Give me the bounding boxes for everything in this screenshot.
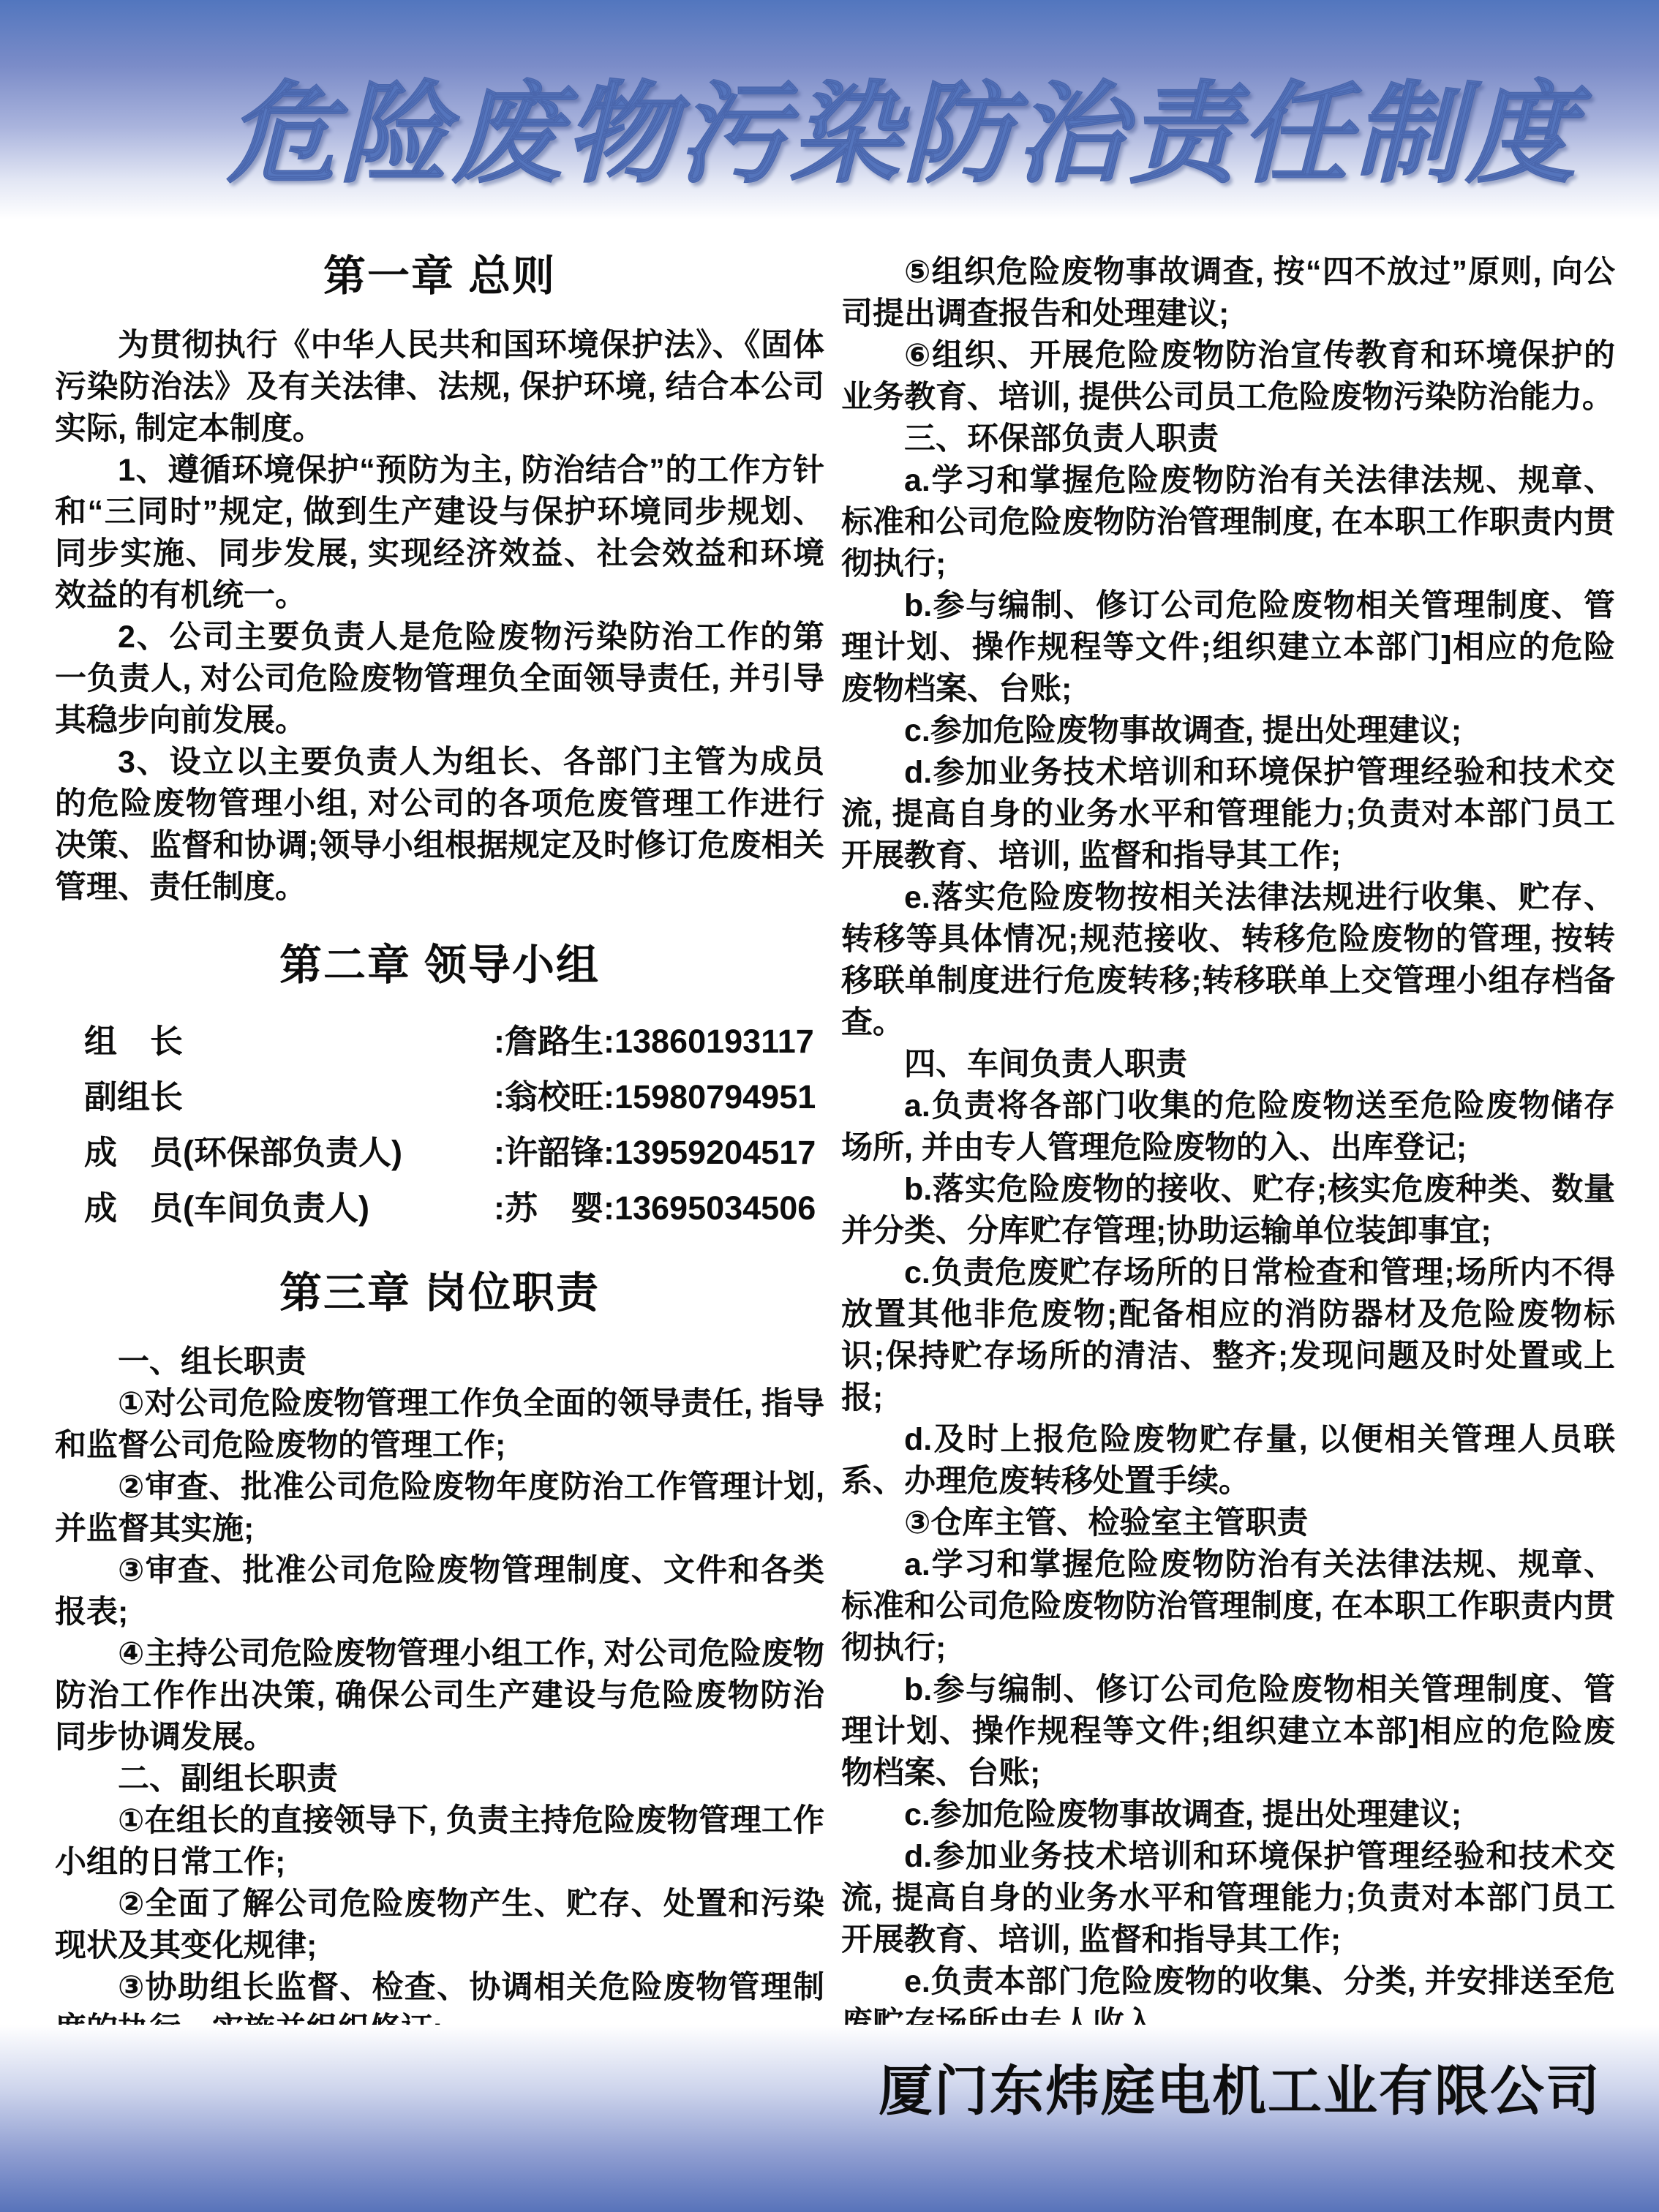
section-title-workshop-head: 四、车间负责人职责 <box>841 1044 1615 1086</box>
duty-item: ⑥组织、开展危险废物防治宣传教育和环境保护的业务教育、培训, 提供公司员工危险废… <box>841 335 1615 418</box>
duty-item: a.负责将各部门收集的危险废物送至危险废物储存场所, 并由专人管理危险废物的入、… <box>841 1086 1615 1169</box>
document-page: 危险废物污染防治责任制度 第一章 总则 为贯彻执行《中华人民共和国环境保护法》、… <box>0 0 1659 2212</box>
duty-item: d.参加业务技术培训和环境保护管理经验和技术交流, 提高自身的业务水平和管理能力… <box>841 752 1615 877</box>
duty-item: a.学习和掌握危险废物防治有关法律法规、规章、标准和公司危险废物防治管理制度, … <box>841 460 1615 585</box>
leader-role: 组 长 <box>84 1014 494 1069</box>
duty-item: ④主持公司危险废物管理小组工作, 对公司危险废物防治工作作出决策, 确保公司生产… <box>55 1633 824 1758</box>
chapter-3-heading: 第三章 岗位职责 <box>55 1258 824 1320</box>
leader-role: 副组长 <box>84 1069 494 1125</box>
leader-row: 成 员(车间负责人) :苏 婴:13695034506 <box>55 1181 824 1236</box>
leader-name-phone: :翁校旺:15980794951 <box>494 1069 824 1125</box>
leader-row: 副组长 :翁校旺:15980794951 <box>55 1069 824 1125</box>
section-title-group-leader: 一、组长职责 <box>55 1342 824 1383</box>
leader-role: 成 员(车间负责人) <box>84 1181 494 1236</box>
duty-item: e.落实危险废物按相关法律法规进行收集、贮存、转移等具体情况;规范接收、转移危险… <box>841 877 1615 1044</box>
chapter-1-paragraph: 3、设立以主要负责人为组长、各部门主管为成员的危险废物管理小组, 对公司的各项危… <box>55 742 824 908</box>
leader-role: 成 员(环保部负责人) <box>84 1125 494 1181</box>
section-title-deputy-leader: 二、副组长职责 <box>55 1758 824 1800</box>
section-title-env-dept-head: 三、环保部负责人职责 <box>841 418 1615 460</box>
left-column: 第一章 总则 为贯彻执行《中华人民共和国环境保护法》、《固体污染防治法》及有关法… <box>55 241 824 2175</box>
duty-item: c.参加危险废物事故调查, 提出处理建议; <box>841 1794 1615 1836</box>
right-column: ⑤组织危险废物事故调查, 按“四不放过”原则, 向公司提出调查报告和处理建议; … <box>841 241 1615 2044</box>
chapter-1-paragraph: 2、公司主要负责人是危险废物污染防治工作的第一负责人, 对公司危险废物管理负全面… <box>55 617 824 742</box>
leader-row: 组 长 :詹路生:13860193117 <box>55 1014 824 1069</box>
duty-item: d.参加业务技术培训和环境保护管理经验和技术交流, 提高自身的业务水平和管理能力… <box>841 1836 1615 1961</box>
duty-item: d.及时上报危险废物贮存量, 以便相关管理人员联系、办理危废转移处置手续。 <box>841 1419 1615 1502</box>
company-name: 厦门东炜庭电机工业有限公司 <box>841 2048 1639 2126</box>
duty-item: b.参与编制、修订公司危险废物相关管理制度、管理计划、操作规程等文件;组织建立本… <box>841 585 1615 710</box>
duty-item: b.参与编制、修订公司危险废物相关管理制度、管理计划、操作规程等文件;组织建立本… <box>841 1669 1615 1794</box>
duty-item: ⑤组织危险废物事故调查, 按“四不放过”原则, 向公司提出调查报告和处理建议; <box>841 252 1615 335</box>
duty-item: ①对公司危险废物管理工作负全面的领导责任, 指导和监督公司危险废物的管理工作; <box>55 1383 824 1467</box>
page-title: 危险废物污染防治责任制度 <box>0 0 1659 219</box>
section-title-warehouse-lab-supervisor: ③仓库主管、检验室主管职责 <box>841 1502 1615 1544</box>
leader-name-phone: :许韶锋:13959204517 <box>494 1125 824 1181</box>
duty-item: ②全面了解公司危险废物产生、贮存、处置和污染现状及其变化规律; <box>55 1884 824 1967</box>
leader-row: 成 员(环保部负责人) :许韶锋:13959204517 <box>55 1125 824 1181</box>
leader-name-phone: :詹路生:13860193117 <box>494 1014 824 1069</box>
chapter-1-heading: 第一章 总则 <box>55 241 824 303</box>
duty-item: ③审查、批准公司危险废物管理制度、文件和各类报表; <box>55 1550 824 1633</box>
chapter-1-paragraph: 为贯彻执行《中华人民共和国环境保护法》、《固体污染防治法》及有关法律、法规, 保… <box>55 325 824 450</box>
duty-item: b.落实危险废物的接收、贮存;核实危废种类、数量并分类、分库贮存管理;协助运输单… <box>841 1169 1615 1252</box>
chapter-1-paragraph: 1、遵循环境保护“预防为主, 防治结合”的工作方针和“三同时”规定, 做到生产建… <box>55 450 824 617</box>
duty-item: ②审查、批准公司危险废物年度防治工作管理计划, 并监督其实施; <box>55 1467 824 1550</box>
duty-item: c.负责危废贮存场所的日常检查和管理;场所内不得放置其他非危废物;配备相应的消防… <box>841 1252 1615 1419</box>
duty-item: a.学习和掌握危险废物防治有关法律法规、规章、标准和公司危险废物防治管理制度, … <box>841 1544 1615 1669</box>
duty-item: ①在组长的直接领导下, 负责主持危险废物管理工作小组的日常工作; <box>55 1800 824 1884</box>
leader-name-phone: :苏 婴:13695034506 <box>494 1181 824 1236</box>
duty-item: c.参加危险废物事故调查, 提出处理建议; <box>841 710 1615 752</box>
chapter-2-heading: 第二章 领导小组 <box>55 930 824 992</box>
